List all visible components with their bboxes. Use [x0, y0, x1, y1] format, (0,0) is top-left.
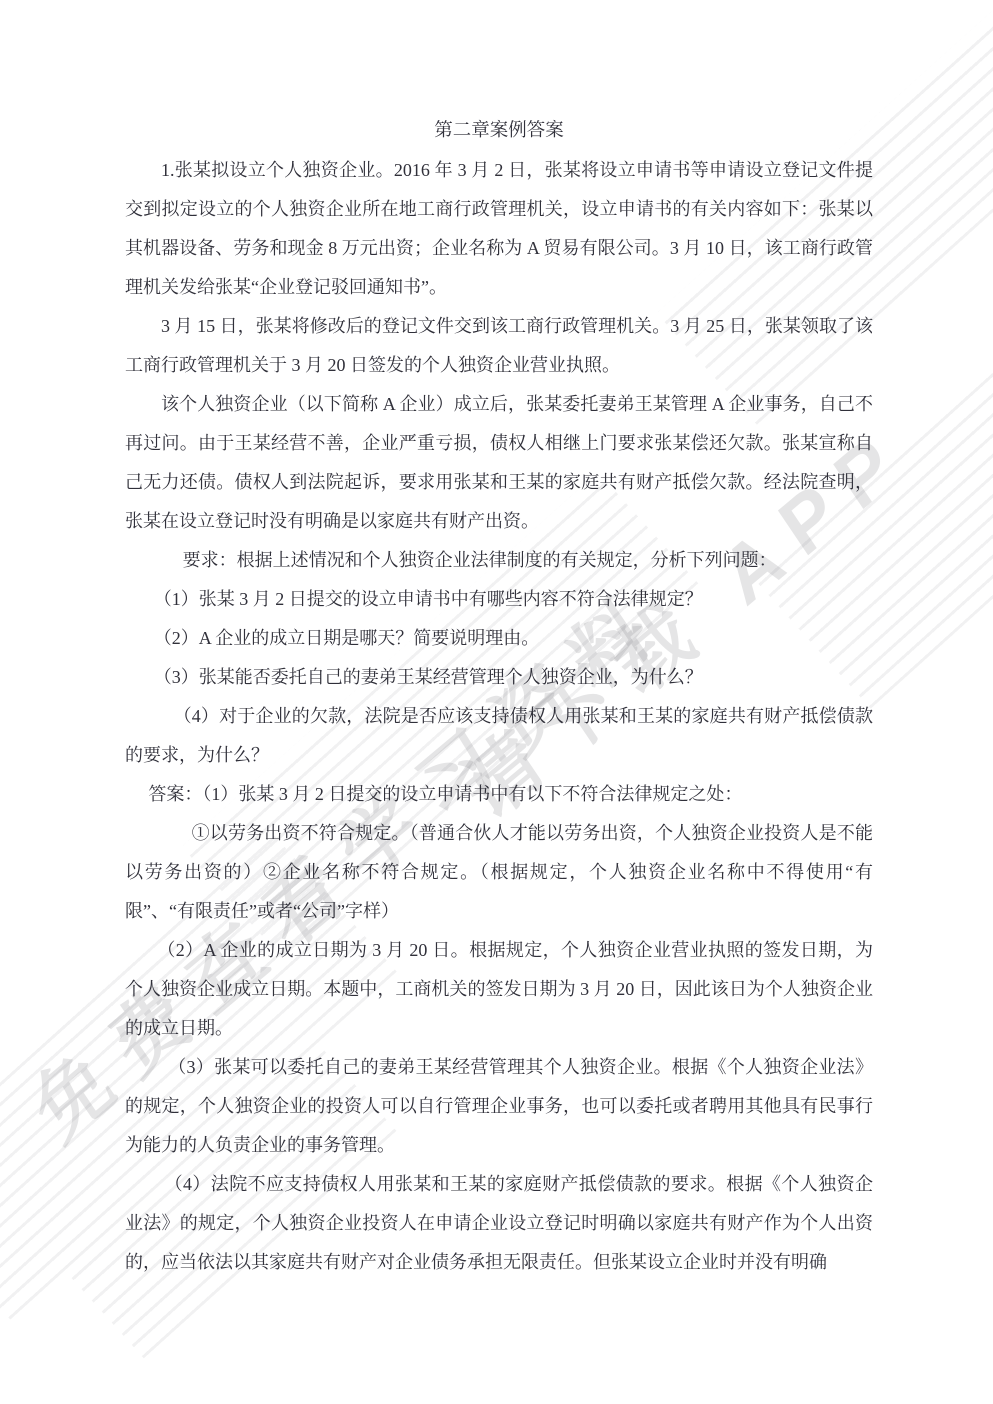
paragraph-case-intro: 1.张某拟设立个人独资企业。2016 年 3 月 2 日，张某将设立申请书等申请… [125, 151, 873, 307]
paragraph-answer-1-detail: ①以劳务出资不符合规定。（普通合伙人才能以劳务出资，个人独资企业投资人是不能以劳… [125, 814, 873, 931]
paragraph-requirements: 要求：根据上述情况和个人独资企业法律制度的有关规定，分析下列问题： [125, 541, 873, 580]
paragraph-question-3: （3）张某能否委托自己的妻弟王某经营管理个人独资企业，为什么？ [125, 658, 873, 697]
paragraph-case-dates: 3 月 15 日，张某将修改后的登记文件交到该工商行政管理机关。3 月 25 日… [125, 307, 873, 385]
paragraph-question-4: （4）对于企业的欠款，法院是否应该支持债权人用张某和王某的家庭共有财产抵偿债款的… [125, 697, 873, 775]
paragraph-question-1: （1）张某 3 月 2 日提交的设立申请书中有哪些内容不符合法律规定？ [125, 580, 873, 619]
paragraph-answer-3: （3）张某可以委托自己的妻弟王某经营管理其个人独资企业。根据《个人独资企业法》的… [125, 1048, 873, 1165]
paragraph-answer-4: （4）法院不应支持债权人用张某和王某的家庭财产抵偿债款的要求。根据《个人独资企业… [125, 1165, 873, 1282]
document-page: 免费查看学习资料 请下载 APP 第二章案例答案 1.张某拟设立个人独资企业。2… [0, 0, 993, 1404]
paragraph-answer-2: （2）A 企业的成立日期为 3 月 20 日。根据规定，个人独资企业营业执照的签… [125, 931, 873, 1048]
page-title: 第二章案例答案 [125, 112, 873, 151]
paragraph-question-2: （2）A 企业的成立日期是哪天？简要说明理由。 [125, 619, 873, 658]
paragraph-answer-1: 答案：（1）张某 3 月 2 日提交的设立申请书中有以下不符合法律规定之处： [125, 775, 873, 814]
document-body: 第二章案例答案 1.张某拟设立个人独资企业。2016 年 3 月 2 日，张某将… [125, 112, 873, 1282]
paragraph-case-background: 该个人独资企业（以下简称 A 企业）成立后，张某委托妻弟王某管理 A 企业事务，… [125, 385, 873, 541]
